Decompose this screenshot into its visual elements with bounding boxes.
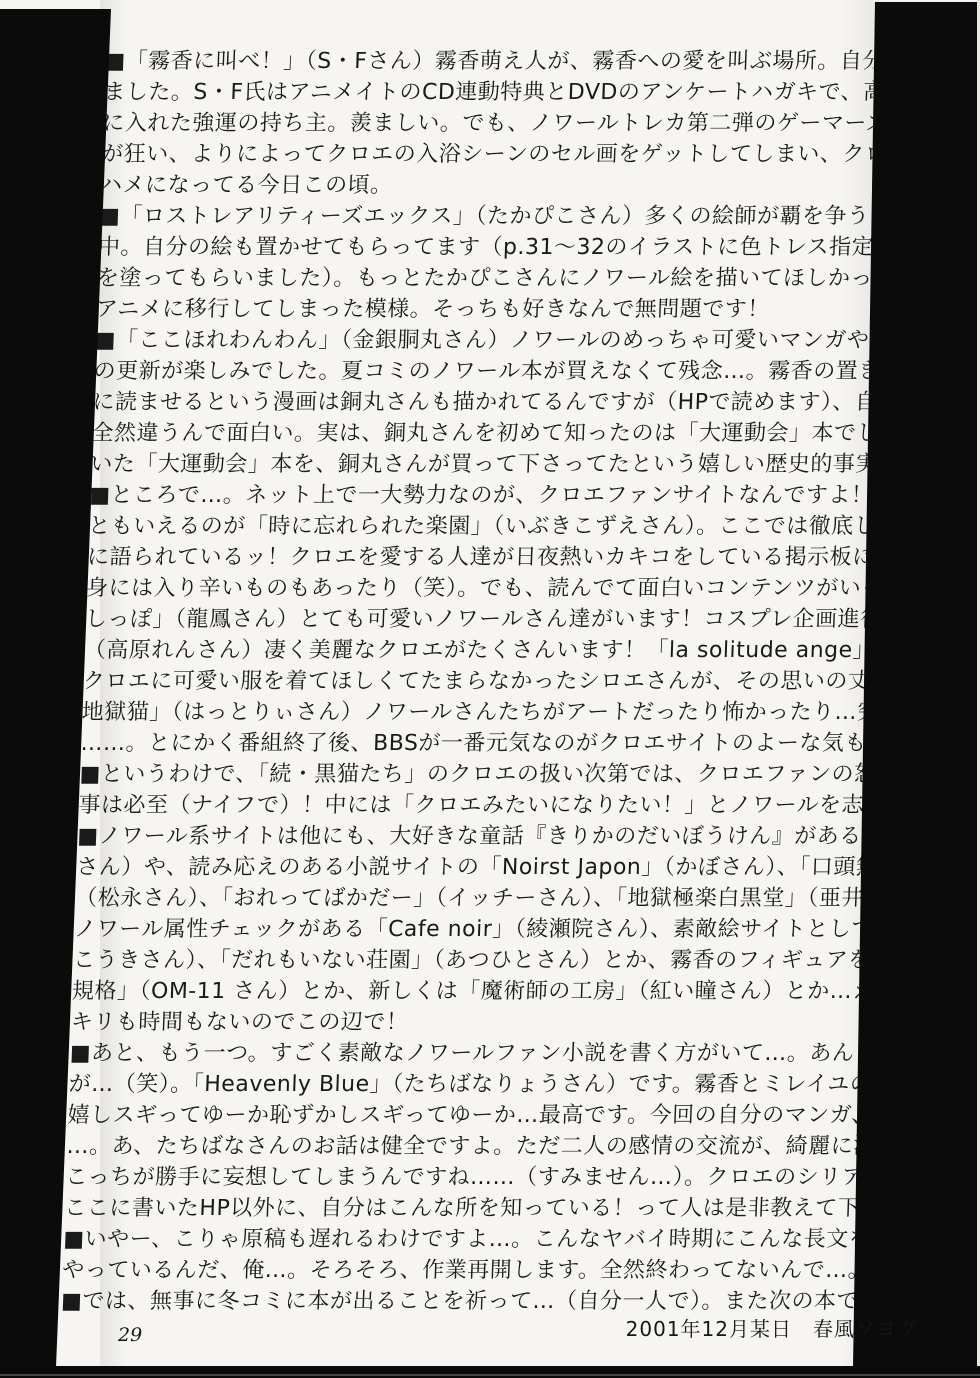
text-line: ■ところで…。ネット上で一大勢力なのが、クロエファンサイトなんですよ！そのクロエ… bbox=[89, 480, 868, 511]
text-line: に語られているッ！クロエを愛する人達が日夜熱いカキコをしている掲示板には、クロエ… bbox=[87, 542, 866, 573]
text-line: いた「大運動会」本を、銅丸さんが買って下さってたという嬉しい歴史的事実アリ。 bbox=[90, 449, 869, 480]
text-line: こっちが勝手に妄想してしまうんですね……（すみません…）。クロエのシリアスSSも… bbox=[65, 1162, 844, 1193]
text-line: 事は必至（ナイフで）！中には「クロエみたいになりたい！」とノワールを志す人も多い… bbox=[78, 790, 857, 821]
text-line: ここに書いたHP以外に、自分はこんな所を知っている！って人は是非教えて下さいー。 bbox=[64, 1193, 843, 1224]
text-line: 規格」（OM-11 さん）とか、新しくは「魔術師の工房」（紅い瞳さん）とか…えー… bbox=[71, 976, 850, 1007]
footer-page-number: 29 bbox=[118, 1324, 142, 1346]
afterword-text-block: ■「霧香に叫べ！」（S・Fさん）霧香萌え人が、霧香への愛を叫ぶ場所。自分も何回か… bbox=[61, 46, 883, 1317]
bottom-edge-shadow bbox=[0, 1366, 980, 1378]
text-line: ともいえるのが「時に忘れられた楽園」（いぶきこずえさん）。ここでは徹底して全てが… bbox=[88, 511, 867, 542]
text-line: 身には入り辛いものもあったり（笑）。でも、読んでて面白いコンテンツがいっぱい。「… bbox=[86, 573, 865, 604]
text-line: に入れた強運の持ち主。羨ましい。でも、ノワールトレカ第二弾のゲーマーズ特典では強… bbox=[102, 108, 881, 139]
text-line: ました。S・F氏はアニメイトのCD連動特典とDVDのアンケートハガキで、高品質の… bbox=[103, 77, 882, 108]
text-line: ハメになってる今日この頃。 bbox=[100, 170, 879, 201]
text-line: が…（笑）。「Heavenly Blue」（たちばなりょうさん）です。霧香とミレ… bbox=[68, 1069, 847, 1100]
text-line: ■いやー、こりゃ原稿も遅れるわけですよ…。こんなヤバイ時期にこんな長文を書いてし… bbox=[63, 1224, 842, 1255]
bottom-scan-hairline bbox=[0, 1374, 980, 1376]
text-line: ■「霧香に叫べ！」（S・Fさん）霧香萌え人が、霧香への愛を叫ぶ場所。自分も何回か… bbox=[104, 46, 883, 77]
text-line: クロエに可愛い服を着てほしくてたまらなかったシロエさんが、その思いの丈を…！「G… bbox=[82, 666, 861, 697]
text-line: 中。自分の絵も置かせてもらってます（p.31〜32のイラストに色トレス指定をして… bbox=[97, 232, 876, 263]
text-line: さん）や、読み応えのある小説サイトの「Noirst Japon」（かぼさん）、「… bbox=[76, 852, 855, 883]
footer-date-credit: 2001年12月某日 春風ソヨグ bbox=[626, 1313, 918, 1342]
scanned-page: ■「霧香に叫べ！」（S・Fさん）霧香萌え人が、霧香への愛を叫ぶ場所。自分も何回か… bbox=[0, 0, 980, 1378]
text-line: ■ノワール系サイトは他にも、大好きな童話『きりかのだいぼうけん』がある「fool… bbox=[77, 821, 856, 852]
text-line: しっぽ」（龍鳳さん）とても可愛いノワールさん達がいます！コスプレ企画進行中？「A… bbox=[84, 604, 863, 635]
text-line: キリも時間もないのでこの辺で！ bbox=[70, 1007, 849, 1038]
text-line: ノワール属性チェックがある「Cafe noir」（綾瀬院さん）、素敵絵サイトとし… bbox=[74, 914, 853, 945]
text-line: が狂い、よりによってクロエの入浴シーンのセル画をゲットしてしまい、クロエファンに… bbox=[101, 139, 880, 170]
text-line: 全然違うんで面白い。実は、銅丸さんを初めて知ったのは「大運動会」本でしたが、何と… bbox=[91, 418, 870, 449]
text-line: アニメに移行してしまった模様。そっちも好きなんで無問題です！ bbox=[95, 294, 874, 325]
text-line: ……。とにかく番組終了後、BBSが一番元気なのがクロエサイトのよーな気も…。 bbox=[80, 728, 859, 759]
text-line: …。あ、たちばなさんのお話は健全ですよ。ただ二人の感情の交流が、綺麗に濃密に描か… bbox=[66, 1131, 845, 1162]
text-line: （高原れんさん）凄く美麗なクロエがたくさんいます！「la solitude an… bbox=[83, 635, 862, 666]
text-line: ■「ここほれわんわん」（金銀胴丸さん）ノワールのめっちゃ可愛いマンガやイラストが… bbox=[94, 325, 873, 356]
text-line: に読ませるという漫画は銅丸さんも描かれてるんですが（HPで読めます）、自分のとは… bbox=[92, 387, 871, 418]
text-line: を塗ってもらいました）。もっとたかぴこさんにノワール絵を描いてほしかったんですが… bbox=[96, 263, 875, 294]
text-line: の更新が楽しみでした。夏コミのノワール本が買えなくて残念…。霧香の置き手紙を、ミ… bbox=[93, 356, 872, 387]
text-line: （松永さん）、「おれってばかだー」（イッチーさん）、「地獄極楽白黒堂」（亜井上夫… bbox=[75, 883, 854, 914]
text-line: こうきさん）、「だれもいない荘園」（あつひとさん）とか、霧香のフィギュアを制作さ… bbox=[73, 945, 852, 976]
text-line: ■「ロストレアリティーズエックス」（たかぴこさん）多くの絵師が覇を争う「ノワール… bbox=[99, 201, 878, 232]
text-line: やっているんだ、俺…。そろそろ、作業再開します。全然終わってないんで…。はああ…… bbox=[62, 1255, 841, 1286]
text-line: 地獄猫」（はっとりぃさん）ノワールさんたちがアートだったり怖かったり…突然の奇声… bbox=[81, 697, 860, 728]
text-line: ■あと、もう一つ。すごく素敵なノワールファン小説を書く方がいて…。あんまり教えた… bbox=[69, 1038, 848, 1069]
text-line: ■というわけで、「続・黒猫たち」のクロエの扱い次第では、クロエファンの怒りをかっ… bbox=[79, 759, 858, 790]
text-line: 嬉しスギってゆーか恥ずかしスギってゆーか…最高です。今回の自分のマンガ、結構影響… bbox=[67, 1100, 846, 1131]
